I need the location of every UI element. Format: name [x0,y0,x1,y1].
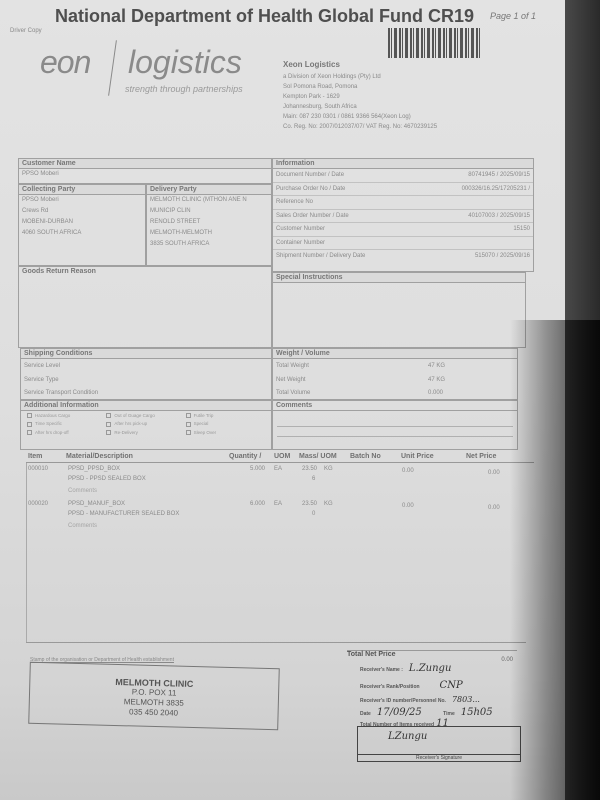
checkbox[interactable] [106,430,111,435]
info-row: Container Number [273,237,533,251]
option-time-specific[interactable]: Time Specific [27,421,106,426]
info-label: Purchase Order No / Date [276,184,345,195]
logo-part2: logistics [128,44,242,81]
weight-value: 47 KG [428,374,445,386]
weight-volume-header: Weight / Volume [273,349,517,359]
receiver-signature-box[interactable]: LZungu Receiver's Signature [357,726,521,762]
delivery-party-line: MELMOTH-MELMOTH [147,228,271,239]
col-quantity: Quantity / [229,453,261,460]
signature: LZungu [388,731,427,742]
item-number: 000010 [28,466,48,472]
info-label: Reference No [276,197,313,208]
document-title: National Department of Health Global Fun… [55,6,474,27]
item-uom: EA [274,501,282,507]
info-label: Shipment Number / Delivery Date [276,251,365,262]
checkbox[interactable] [106,413,111,418]
comments-line [277,427,513,437]
special-instructions-header: Special Instructions [273,273,525,283]
option-re-delivery[interactable]: Re-Delivery [106,430,185,435]
delivery-party-line: RENOLD STREET [147,217,271,228]
weight-row: Net Weight47 KG [273,373,517,387]
collecting-party-section: Collecting Party PPSO Moberi Crews Rd MO… [18,184,146,266]
delivery-party-section: Delivery Party MELMOTH CLINIC (MTHON ANE… [146,184,272,266]
option-out-of-guage[interactable]: Out of Guage Cargo [106,413,185,418]
item-description: PPSD - PPSD SEALED BOX [68,476,146,482]
company-address: Xeon Logistics a Division of Xeon Holdin… [283,60,437,132]
delivery-party-header: Delivery Party [147,185,271,195]
company-line: Kempton Park - 1629 [283,92,437,102]
checkbox[interactable] [186,413,191,418]
customer-name-header: Customer Name [19,159,271,169]
additional-info-options: Hazardous Cargo Out of Guage Cargo Futil… [21,411,271,437]
table-row: 000010 PPSD_PPSD_BOX PPSD - PPSD SEALED … [26,466,534,504]
checkbox[interactable] [27,422,32,427]
item-net-price: 0.00 [488,470,500,476]
col-batch: Batch No [350,453,381,460]
total-value: 0.00 [501,657,513,663]
table-row: 000020 PPSD_MANUF_BOX PPSD - MANUFACTURE… [26,501,534,539]
barcode [388,28,480,58]
goods-return-section: Goods Return Reason [18,266,272,348]
collecting-party-header: Collecting Party [19,185,145,195]
time-label: Time [443,711,455,717]
item-number: 000020 [28,501,48,507]
receiver-date-time-field[interactable]: Date17/09/25 Time15h05 [360,707,493,718]
receiver-rank-field[interactable]: Receiver's Rank/PositionCNP [360,680,463,691]
table-border-bottom [26,642,526,643]
checkbox[interactable] [106,422,111,427]
info-label: Customer Number [276,224,325,235]
info-value: 000326/16.25/17205231 / [462,184,530,195]
collecting-party-line: MOBENI-DURBAN [19,217,145,228]
information-section: Information Document Number / Date807419… [272,158,534,272]
checkbox[interactable] [27,413,32,418]
logo-tagline: strength through partnerships [125,84,243,94]
col-net-price: Net Price [466,453,496,460]
col-unit-price: Unit Price [401,453,434,460]
item-mass-sub: 6 [312,476,315,482]
company-line: Sol Pomona Road, Pomona [283,82,437,92]
item-qty: 6.000 [250,501,265,507]
info-row: Sales Order Number / Date40107003 / 2025… [273,210,533,224]
info-row: Customer Number15150 [273,223,533,237]
item-description: PPSD - MANUFACTURER SEALED BOX [68,511,179,517]
info-label: Document Number / Date [276,170,344,181]
item-unit-price: 0.00 [402,468,414,474]
info-value: 40107003 / 2025/09/15 [468,211,530,222]
date-value: 17/09/25 [377,707,422,718]
additional-info-section: Additional Information Hazardous Cargo O… [20,400,272,450]
total-net-price: Total Net Price 0.00 [347,650,517,662]
item-comments: Comments [68,523,97,529]
special-instructions-section: Special Instructions [272,272,526,348]
delivery-party-line: 3835 SOUTH AFRICA [147,239,271,250]
items-table-header: Item Material/Description Quantity / UOM… [26,452,534,463]
company-line: Co. Reg. No: 2007/012037/07/ VAT Reg. No… [283,122,437,132]
document-page: National Department of Health Global Fun… [0,0,565,800]
comments-line [277,419,513,427]
option-hazardous-cargo[interactable]: Hazardous Cargo [27,413,106,418]
delivery-party-line: MELMOTH CLINIC (MTHON ANE N [147,195,271,206]
page-number: Page 1 of 1 [490,11,536,21]
shipping-conditions-header: Shipping Conditions [21,349,271,359]
shipping-row: Service Transport Condition [21,387,271,399]
collecting-party-line: 4060 SOUTH AFRICA [19,228,145,239]
goods-return-header: Goods Return Reason [19,267,271,276]
item-mass-uom: KG [324,501,333,507]
copy-label: Driver Copy [10,28,42,34]
info-row: Document Number / Date80741945 / 2025/09… [273,169,533,183]
delivery-party-line: MUNICIP CLIN [147,206,271,217]
company-name: Xeon Logistics [283,60,437,70]
item-net-price: 0.00 [488,505,500,511]
weight-label: Total Volume [276,390,310,396]
checkbox[interactable] [27,430,32,435]
weight-label: Total Weight [276,363,309,369]
receiver-name-value: L.Zungu [409,663,452,674]
collecting-party-line: Crews Rd [19,206,145,217]
checkbox[interactable] [186,422,191,427]
weight-value: 47 KG [428,360,445,372]
item-mass-sub: 0 [312,511,315,517]
table-border-left [26,463,27,643]
total-label: Total Net Price [347,651,396,658]
option-special[interactable]: Special [186,421,265,426]
info-label: Sales Order Number / Date [276,211,349,222]
item-material: PPSD_PPSD_BOX [68,466,120,472]
checkbox[interactable] [186,430,191,435]
info-value: 80741945 / 2025/09/15 [468,170,530,181]
receiver-id-label: Receiver's ID number/Personnel No. [360,698,446,704]
information-header: Information [273,159,533,169]
item-mass: 23.50 [302,466,317,472]
receiver-id-value: 7803... [452,695,480,704]
item-qty: 5.000 [250,466,265,472]
item-unit-price: 0.00 [402,503,414,509]
comments-section: Comments [272,400,518,450]
option-futile-trip[interactable]: Futile Trip [186,413,265,418]
receiver-rank-value: CNP [440,680,463,691]
info-value: 515070 / 2025/09/16 [475,251,530,262]
comments-header: Comments [273,401,517,411]
signature-label: Receiver's Signature [358,754,520,761]
time-value: 15h05 [461,707,493,718]
col-material: Material/Description [66,453,133,460]
col-item: Item [28,453,42,460]
shipping-row: Service Level [21,359,271,373]
clinic-stamp: MELMOTH CLINIC P.O. POX 11 MELMOTH 3835 … [28,662,280,731]
additional-info-header: Additional Information [21,401,271,411]
info-row: Reference No [273,196,533,210]
option-after-hrs-dropoff[interactable]: After hrs drop-off [27,430,106,435]
receiver-id-field[interactable]: Receiver's ID number/Personnel No.7803..… [360,695,480,704]
col-uom: UOM [274,453,290,460]
logo-part1: eon [40,44,90,81]
weight-row: Total Weight47 KG [273,359,517,373]
collecting-party-line: PPSO Moberi [19,195,145,206]
info-label: Container Number [276,238,325,249]
shipping-row: Service Type [21,373,271,387]
weight-value: 0.000 [428,388,443,398]
option-after-hrs-pickup[interactable]: After hrs pick-up [106,421,185,426]
customer-name-value: PPSO Moberi [19,169,271,180]
col-mass: Mass/ UOM [299,453,337,460]
company-line: Main: 087 230 0301 / 0861 9366 564(Xeon … [283,112,437,122]
weight-label: Net Weight [276,377,306,383]
logo-divider [108,40,117,96]
info-row: Shipment Number / Delivery Date515070 / … [273,250,533,263]
item-uom: EA [274,466,282,472]
receiver-rank-label: Receiver's Rank/Position [360,684,420,690]
receiver-name-label: Receiver's Name : [360,667,403,673]
company-line: Johannesburg, South Africa [283,102,437,112]
item-material: PPSD_MANUF_BOX [68,501,125,507]
info-value: 15150 [513,224,530,235]
item-mass-uom: KG [324,466,333,472]
shipping-conditions-section: Shipping Conditions Service Level Servic… [20,348,272,400]
info-row: Purchase Order No / Date000326/16.25/172… [273,183,533,197]
date-label: Date [360,711,371,717]
item-comments: Comments [68,488,97,494]
customer-name-section: Customer Name PPSO Moberi [18,158,272,184]
receiver-name-field[interactable]: Receiver's Name :L.Zungu [360,663,451,674]
company-line: a Division of Xeon Holdings (Pty) Ltd [283,72,437,82]
option-sleep-over[interactable]: Sleep Over [186,430,265,435]
item-mass: 23.50 [302,501,317,507]
weight-volume-section: Weight / Volume Total Weight47 KG Net We… [272,348,518,400]
weight-row: Total Volume0.000 [273,387,517,399]
